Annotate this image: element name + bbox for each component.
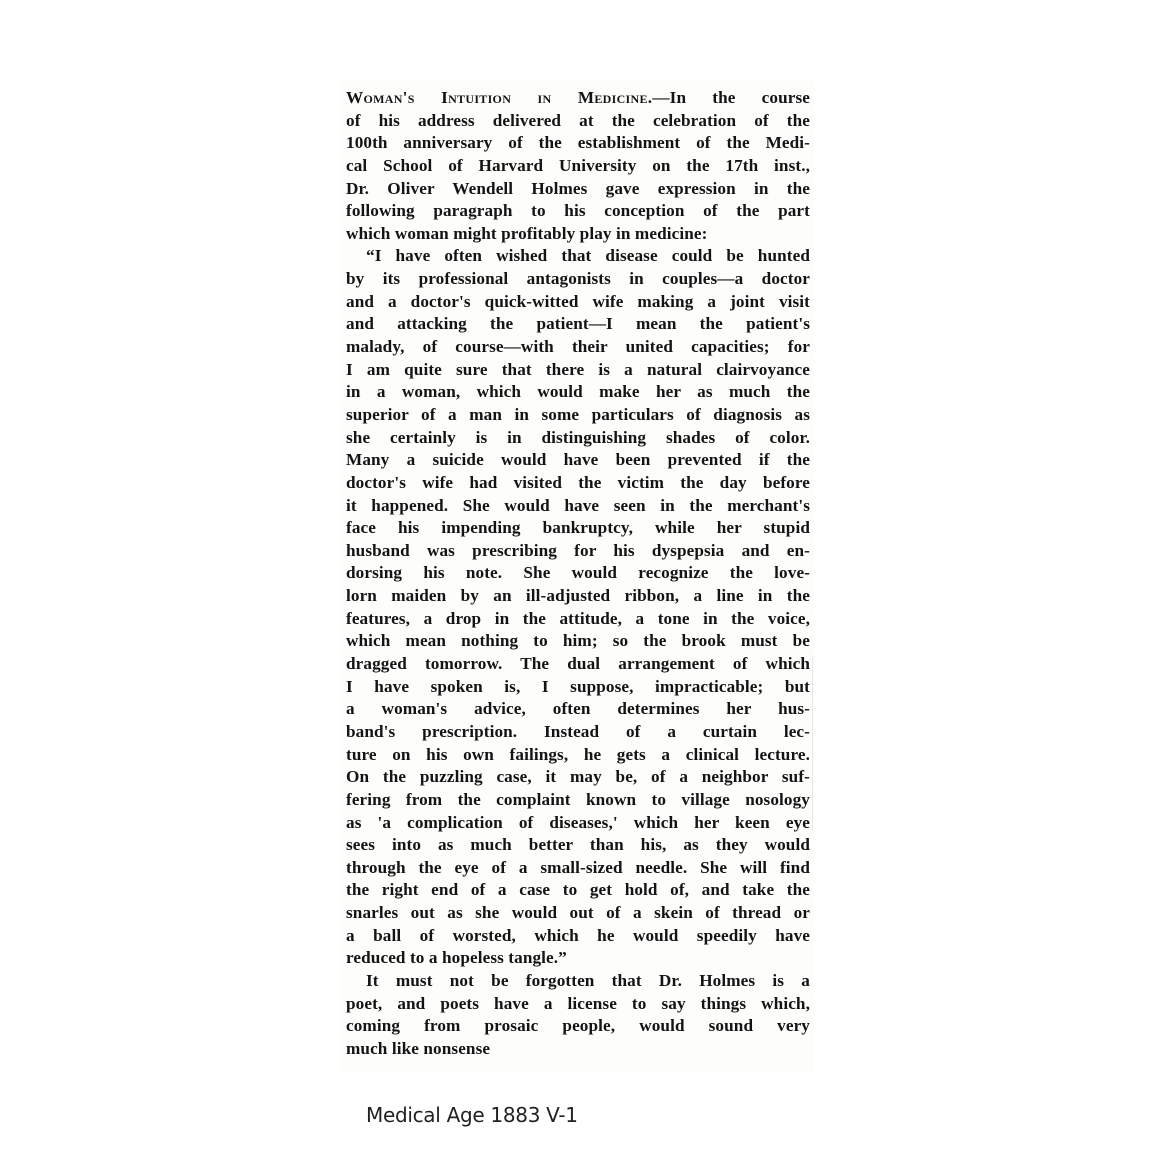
quote-line: dragged tomorrow. The dual arrangement o… [346,653,810,676]
quote-line: face his impending bankruptcy, while her… [346,517,810,540]
quote-line: superior of a man in some particulars of… [346,404,810,427]
article-line: It must not be forgotten that Dr. Holmes… [346,970,810,993]
quote-line: I am quite sure that there is a natural … [346,359,810,382]
article-line: which woman might profitably play in med… [346,223,810,246]
quote-line: dorsing his note. She would recognize th… [346,562,810,585]
quote-line: reduced to a hopeless tangle.” [346,947,810,970]
article-line-first: Woman's Intuition in Medicine.—In the co… [346,87,810,110]
quote-line: and attacking the patient—I mean the pat… [346,313,810,336]
article-line: coming from prosaic people, would sound … [346,1015,810,1038]
column-edge-mark [812,655,813,830]
quote-line: which mean nothing to him; so the brook … [346,630,810,653]
article-line: cal School of Harvard University on the … [346,155,810,178]
quote-line: snarles out as she would out of a skein … [346,902,810,925]
quote-line: lorn maiden by an ill-adjusted ribbon, a… [346,585,810,608]
article-line: of his address delivered at the celebrat… [346,110,810,133]
quote-line: she certainly is in distinguishing shade… [346,427,810,450]
quote-line: fering from the complaint known to villa… [346,789,810,812]
quote-line: the right end of a case to get hold of, … [346,879,810,902]
quote-line: Many a suicide would have been prevented… [346,449,810,472]
quote-line: and a doctor's quick-witted wife making … [346,291,810,314]
article-headline: Woman's Intuition in Medicine. [346,88,652,107]
quote-line: malady, of course—with their united capa… [346,336,810,359]
quote-line: “I have often wished that disease could … [346,245,810,268]
quote-line: band's prescription. Instead of a curtai… [346,721,810,744]
quote-line: husband was prescribing for his dyspepsi… [346,540,810,563]
article-column: Woman's Intuition in Medicine.—In the co… [346,87,810,1061]
quote-line: it happened. She would have seen in the … [346,495,810,518]
quote-line: features, a drop in the attitude, a tone… [346,608,810,631]
quote-line: ture on his own failings, he gets a clin… [346,744,810,767]
quote-line: through the eye of a small-sized needle.… [346,857,810,880]
article-line: —In the course [652,88,810,107]
article-line: Dr. Oliver Wendell Holmes gave expressio… [346,178,810,201]
quote-line: a ball of worsted, which he would speedi… [346,925,810,948]
quote-line: in a woman, which would make her as much… [346,381,810,404]
quote-line: a woman's advice, often determines her h… [346,698,810,721]
article-line: 100th anniversary of the establishment o… [346,132,810,155]
quote-line: On the puzzling case, it may be, of a ne… [346,766,810,789]
quote-line: sees into as much better than his, as th… [346,834,810,857]
article-line: following paragraph to his conception of… [346,200,810,223]
quote-line: as 'a complication of diseases,' which h… [346,812,810,835]
quote-line: I have spoken is, I suppose, impracticab… [346,676,810,699]
article-line: poet, and poets have a license to say th… [346,993,810,1016]
quote-line: doctor's wife had visited the victim the… [346,472,810,495]
quote-line: by its professional antagonists in coupl… [346,268,810,291]
source-caption: Medical Age 1883 V-1 [366,1103,578,1127]
article-line: much like nonsense [346,1038,810,1061]
